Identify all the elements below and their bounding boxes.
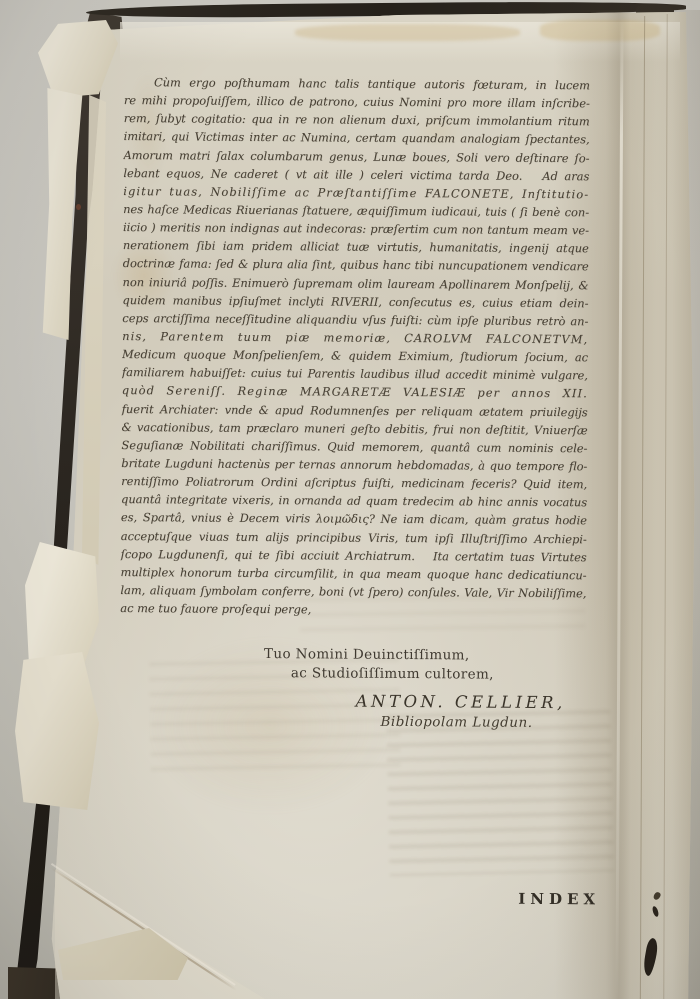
dedication-line: ac me tuo fauore proſequi perge,: [120, 599, 586, 620]
index-heading: INDEX: [518, 890, 600, 909]
signature-name: ANTON. CELLIER,: [356, 692, 566, 712]
signature-title: Bibliopolam Lugdun.: [380, 714, 532, 731]
dedication-text: Cùm ergo poſthumam hanc talis tantique a…: [120, 73, 590, 620]
printed-page-content: Cùm ergo poſthumam hanc talis tantique a…: [0, 0, 700, 999]
closing-line-2: ac Studioſiſſimum cultorem,: [291, 665, 494, 682]
closing-line-1: Tuo Nomini Deuinctiſſimum,: [264, 646, 470, 663]
book-photograph: { "colors": { "fabric_background": "#c6c…: [0, 0, 700, 999]
